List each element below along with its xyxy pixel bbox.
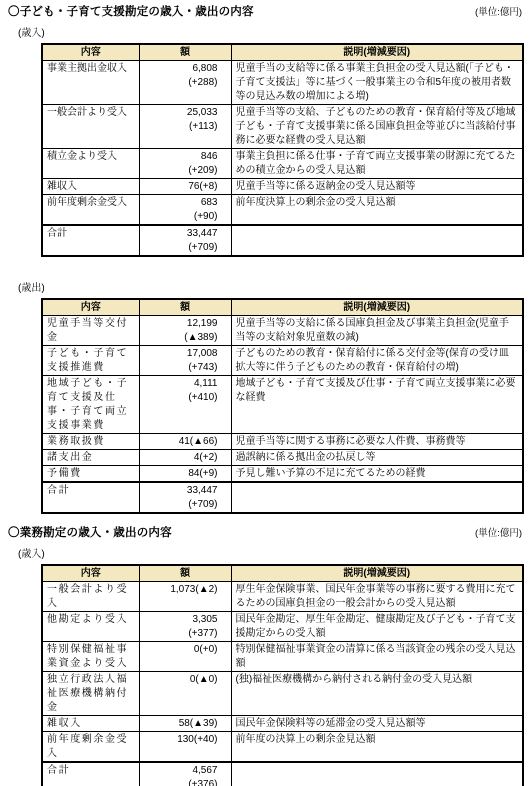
amount-cell: 41(▲66): [139, 434, 231, 450]
column-header-description: 説明(増減要因): [231, 44, 523, 61]
budget-document-page: 〇子ども・子育て支援勘定の歳入・歳出の内容 (単位:億円) (歳入) 内容額説明…: [0, 0, 531, 786]
item-cell: 特別保健福祉事業資金より受入: [42, 642, 139, 672]
column-header-description: 説明(増減要因): [231, 299, 523, 316]
amount-cell: 25,033(+113): [139, 105, 231, 149]
item-cell: 児童手当等交付金: [42, 316, 139, 346]
section-gyomu-account: 〇業務勘定の歳入・歳出の内容 (単位:億円) (歳入) 内容額説明(増減要因)一…: [8, 526, 522, 786]
amount-cell: 17,008(+743): [139, 346, 231, 376]
amount-cell: 4,111(+410): [139, 376, 231, 434]
column-header-amount: 額: [139, 565, 231, 582]
header-row: 内容額説明(増減要因): [42, 299, 523, 316]
table-row: 業務取扱費41(▲66)児童手当等に関する事務に必要な人件費、事務費等: [42, 434, 523, 450]
amount-cell: 3,305(+377): [139, 612, 231, 642]
amount-cell: 0(+0): [139, 642, 231, 672]
revenue-caption: (歳入): [18, 548, 522, 561]
description-cell: 児童手当等の支給、子どものための教育・保育給付等及び地域子ども・子育て支援事業に…: [231, 105, 523, 149]
description-cell: [231, 762, 523, 786]
kodomo-revenue-table: 内容額説明(増減要因)事業主拠出金収入6,808(+288)児童手当の支給等に係…: [41, 43, 524, 257]
amount-cell: 33,447(+709): [139, 225, 231, 256]
table-row: 児童手当等交付金12,199(▲389)児童手当等の支給に係る国庫負担金及び事業…: [42, 316, 523, 346]
description-cell: 過誤納に係る拠出金の払戻し等: [231, 450, 523, 466]
amount-change: (+709): [144, 498, 218, 512]
table-row: 雑収入76(+8)児童手当等に係る返納金の受入見込額等: [42, 179, 523, 195]
item-cell: 合計: [42, 482, 139, 513]
amount-cell: 683(+90): [139, 195, 231, 226]
description-cell: 予見し難い予算の不足に充てるための経費: [231, 466, 523, 483]
description-cell: 前年度決算上の剰余金の受入見込額: [231, 195, 523, 226]
description-cell: 事業主負担に係る仕事・子育て両立支援事業の財源に充てるための積立金からの受入見込…: [231, 149, 523, 179]
amount-cell: 6,808(+288): [139, 61, 231, 105]
amount-cell: 33,447(+709): [139, 482, 231, 513]
amount-cell: 4(+2): [139, 450, 231, 466]
column-header-item: 内容: [42, 44, 139, 61]
section-header: 〇子ども・子育て支援勘定の歳入・歳出の内容 (単位:億円): [8, 5, 522, 20]
item-cell: 一般会計より受入: [42, 582, 139, 612]
amount-change: (+709): [144, 241, 218, 255]
item-cell: 雑収入: [42, 716, 139, 732]
description-cell: 前年度の決算上の剰余金見込額: [231, 732, 523, 763]
description-cell: 厚生年金保険事業、国民年金事業等の事務に要する費用に充てるための国庫負担金の一般…: [231, 582, 523, 612]
item-cell: 予備費: [42, 466, 139, 483]
column-header-item: 内容: [42, 565, 139, 582]
description-cell: 地域子ども・子育て支援及び仕事・子育て両立支援事業に必要な経費: [231, 376, 523, 434]
item-cell: 前年度剰余金受入: [42, 195, 139, 226]
amount-cell: 58(▲39): [139, 716, 231, 732]
amount-value: 17,008: [144, 347, 218, 361]
description-cell: 国民年金勘定、厚生年金勘定、健康勘定及び子ども・子育て支援勘定からの受入額: [231, 612, 523, 642]
item-cell: 前年度剰余金受入: [42, 732, 139, 763]
item-cell: 合計: [42, 225, 139, 256]
header-row: 内容額説明(増減要因): [42, 565, 523, 582]
amount-value: 6,808: [144, 62, 218, 76]
table-row: 前年度剰余金受入683(+90)前年度決算上の剰余金の受入見込額: [42, 195, 523, 226]
description-cell: 特別保健福祉事業資金の清算に係る当該資金の残余の受入見込額: [231, 642, 523, 672]
description-cell: (独)福祉医療機構から納付される納付金の受入見込額: [231, 672, 523, 716]
total-row: 合計33,447(+709): [42, 482, 523, 513]
description-cell: 児童手当等の支給に係る国庫負担金及び事業主負担金(児童手当等の支給対象児童数の減…: [231, 316, 523, 346]
section-kodomo-kosodate-account: 〇子ども・子育て支援勘定の歳入・歳出の内容 (単位:億円) (歳入) 内容額説明…: [8, 5, 522, 514]
amount-cell: 1,073(▲2): [139, 582, 231, 612]
total-row: 合計4,567(+376): [42, 762, 523, 786]
amount-cell: 846(+209): [139, 149, 231, 179]
description-cell: 児童手当等に関する事務に必要な人件費、事務費等: [231, 434, 523, 450]
item-cell: 子ども・子育て支援推進費: [42, 346, 139, 376]
column-header-item: 内容: [42, 299, 139, 316]
table-row: 一般会計より受入1,073(▲2)厚生年金保険事業、国民年金事業等の事務に要する…: [42, 582, 523, 612]
table-row: 予備費84(+9)予見し難い予算の不足に充てるための経費: [42, 466, 523, 483]
unit-label: (単位:億円): [475, 526, 522, 541]
description-cell: [231, 482, 523, 513]
amount-cell: 0(▲0): [139, 672, 231, 716]
table-row: 他勘定より受入3,305(+377)国民年金勘定、厚生年金勘定、健康勘定及び子ど…: [42, 612, 523, 642]
section-title: 〇業務勘定の歳入・歳出の内容: [8, 526, 172, 541]
item-cell: 一般会計より受入: [42, 105, 139, 149]
description-cell: 子どものための教育・保育給付に係る交付金等(保育の受け皿拡大等に伴う子どものため…: [231, 346, 523, 376]
kodomo-expenditure-table: 内容額説明(増減要因)児童手当等交付金12,199(▲389)児童手当等の支給に…: [41, 298, 524, 514]
gyomu-revenue-table: 内容額説明(増減要因)一般会計より受入1,073(▲2)厚生年金保険事業、国民年…: [41, 564, 524, 786]
column-header-amount: 額: [139, 44, 231, 61]
amount-cell: 76(+8): [139, 179, 231, 195]
item-cell: 他勘定より受入: [42, 612, 139, 642]
description-cell: [231, 225, 523, 256]
table-row: 独立行政法人福祉医療機構納付金0(▲0)(独)福祉医療機構から納付される納付金の…: [42, 672, 523, 716]
item-cell: 積立金より受入: [42, 149, 139, 179]
unit-label: (単位:億円): [475, 5, 522, 20]
table-row: 事業主拠出金収入6,808(+288)児童手当の支給等に係る事業主負担金の受入見…: [42, 61, 523, 105]
table-row: 雑収入58(▲39)国民年金保険料等の延滞金の受入見込額等: [42, 716, 523, 732]
expenditure-caption: (歳出): [18, 282, 522, 295]
amount-value: 3,305: [144, 613, 218, 627]
item-cell: 合計: [42, 762, 139, 786]
amount-value: 33,447: [144, 484, 218, 498]
table-row: 一般会計より受入25,033(+113)児童手当等の支給、子どものための教育・保…: [42, 105, 523, 149]
amount-value: 4,111: [144, 377, 218, 391]
item-cell: 業務取扱費: [42, 434, 139, 450]
table-row: 諸支出金4(+2)過誤納に係る拠出金の払戻し等: [42, 450, 523, 466]
revenue-caption: (歳入): [18, 27, 522, 40]
amount-value: 25,033: [144, 106, 218, 120]
amount-change: (+376): [144, 778, 218, 786]
table-row: 積立金より受入846(+209)事業主負担に係る仕事・子育て両立支援事業の財源に…: [42, 149, 523, 179]
description-cell: 国民年金保険料等の延滞金の受入見込額等: [231, 716, 523, 732]
table-row: 地域子ども・子育て支援及仕事・子育て両立支援事業費4,111(+410)地域子ど…: [42, 376, 523, 434]
amount-cell: 130(+40): [139, 732, 231, 763]
amount-change: (+410): [144, 391, 218, 405]
amount-cell: 12,199(▲389): [139, 316, 231, 346]
section-header: 〇業務勘定の歳入・歳出の内容 (単位:億円): [8, 526, 522, 541]
amount-value: 846: [144, 150, 218, 164]
amount-change: (+90): [144, 210, 218, 224]
column-header-amount: 額: [139, 299, 231, 316]
amount-value: 33,447: [144, 227, 218, 241]
amount-cell: 84(+9): [139, 466, 231, 483]
item-cell: 独立行政法人福祉医療機構納付金: [42, 672, 139, 716]
header-row: 内容額説明(増減要因): [42, 44, 523, 61]
item-cell: 諸支出金: [42, 450, 139, 466]
amount-value: 683: [144, 196, 218, 210]
amount-change: (+743): [144, 361, 218, 375]
amount-change: (+377): [144, 627, 218, 641]
description-cell: 児童手当の支給等に係る事業主負担金の受入見込額(「子ども・子育て支援法」等に基づ…: [231, 61, 523, 105]
item-cell: 地域子ども・子育て支援及仕事・子育て両立支援事業費: [42, 376, 139, 434]
amount-value: 4,567: [144, 764, 218, 778]
amount-value: 12,199: [144, 317, 218, 331]
amount-change: (▲389): [144, 331, 218, 345]
description-cell: 児童手当等に係る返納金の受入見込額等: [231, 179, 523, 195]
column-header-description: 説明(増減要因): [231, 565, 523, 582]
amount-change: (+288): [144, 76, 218, 90]
amount-change: (+209): [144, 164, 218, 178]
item-cell: 事業主拠出金収入: [42, 61, 139, 105]
total-row: 合計33,447(+709): [42, 225, 523, 256]
amount-change: (+113): [144, 120, 218, 134]
section-title: 〇子ども・子育て支援勘定の歳入・歳出の内容: [8, 5, 254, 20]
amount-cell: 4,567(+376): [139, 762, 231, 786]
table-row: 前年度剰余金受入130(+40)前年度の決算上の剰余金見込額: [42, 732, 523, 763]
item-cell: 雑収入: [42, 179, 139, 195]
table-row: 子ども・子育て支援推進費17,008(+743)子どものための教育・保育給付に係…: [42, 346, 523, 376]
table-row: 特別保健福祉事業資金より受入0(+0)特別保健福祉事業資金の清算に係る当該資金の…: [42, 642, 523, 672]
